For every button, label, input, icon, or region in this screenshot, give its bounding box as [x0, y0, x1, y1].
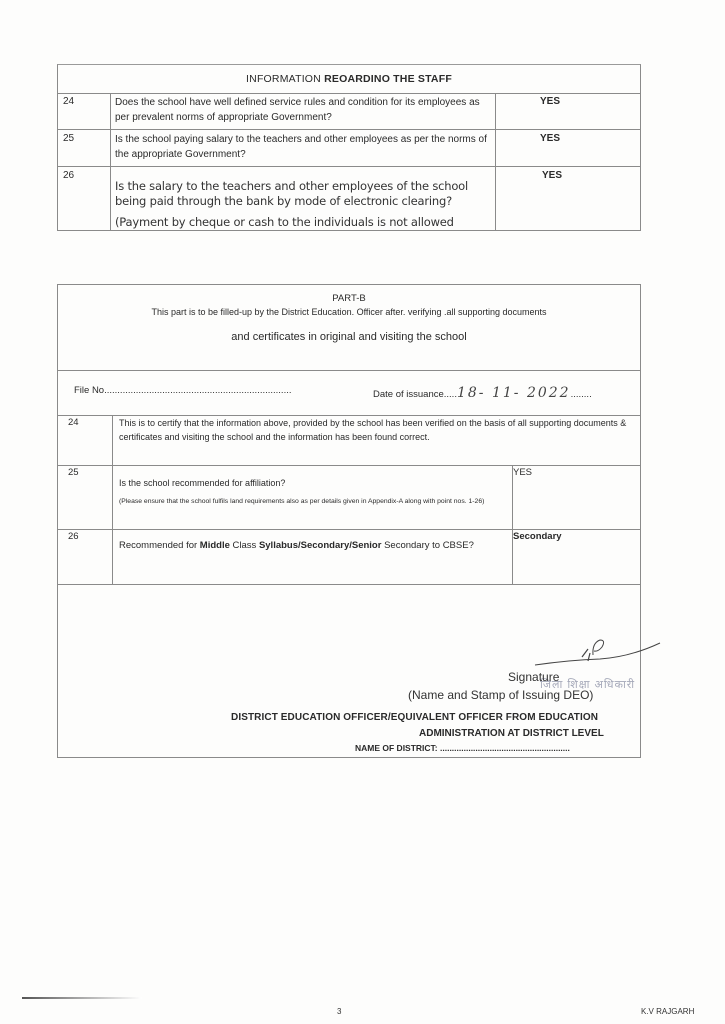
row-number: 25	[68, 467, 79, 478]
row-number: 25	[63, 133, 74, 144]
row-number: 24	[68, 417, 79, 428]
document-page: INFORMATION REOARDINO THE STAFF 24 Does …	[0, 0, 725, 1024]
officer-title-line1: DISTRICT EDUCATION OFFICER/EQUIVALENT OF…	[231, 712, 598, 723]
row-answer: YES	[540, 96, 560, 107]
row-question: Is the school paying salary to the teach…	[110, 130, 496, 166]
row-answer: Secondary	[513, 531, 562, 542]
row-question: This is to certify that the information …	[112, 415, 640, 465]
table-row: 24 Does the school have well defined ser…	[58, 93, 640, 130]
staff-table-heading: INFORMATION REOARDINO THE STAFF	[58, 65, 640, 94]
footer-school-name: K.V RAJGARH	[641, 1007, 694, 1016]
row-number: 24	[63, 96, 74, 107]
file-no-field: File No.................................…	[74, 385, 292, 396]
part-b-instruction-2: and certificates in original and visitin…	[58, 331, 640, 343]
part-b-instruction: This part is to be filled-up by the Dist…	[58, 307, 640, 317]
table-row: 25 Is the school paying salary to the te…	[58, 130, 640, 167]
signature-scribble-icon	[530, 635, 670, 675]
part-b-title: PART-B	[58, 293, 640, 304]
signature-label: Signature	[508, 670, 559, 684]
row-answer: YES	[540, 133, 560, 144]
row-note: (Payment by cheque or cash to the indivi…	[115, 215, 491, 230]
staff-info-table: INFORMATION REOARDINO THE STAFF 24 Does …	[57, 64, 641, 231]
officer-title-line2: ADMINISTRATION AT DISTRICT LEVEL	[419, 728, 604, 739]
row-question: Recommended for Middle Class Syllabus/Se…	[112, 529, 513, 584]
divider	[58, 584, 640, 585]
date-value: 18- 11- 2022	[457, 385, 571, 401]
district-name-field: NAME OF DISTRICT: ......................…	[355, 743, 570, 753]
footer-divider	[22, 997, 142, 999]
table-row: 25 Is the school recommended for affilia…	[58, 465, 640, 529]
row-question: Does the school have well defined servic…	[110, 93, 496, 129]
row-number: 26	[63, 170, 74, 181]
table-row: 26 Is the salary to the teachers and oth…	[58, 167, 640, 231]
row-question: Is the school recommended for affiliatio…	[112, 465, 513, 529]
row-note: (Please ensure that the school fulfils l…	[119, 497, 506, 507]
row-number: 26	[68, 531, 79, 542]
name-stamp-label: (Name and Stamp of Issuing DEO)	[408, 688, 593, 702]
date-of-issuance-field: Date of issuance.....18- 11- 2022.......…	[373, 385, 592, 401]
divider	[58, 370, 640, 371]
page-number: 3	[337, 1007, 341, 1016]
table-row: 26 Recommended for Middle Class Syllabus…	[58, 529, 640, 584]
row-answer: YES	[513, 467, 532, 478]
row-question: Is the salary to the teachers and other …	[110, 167, 496, 231]
table-row: 24 This is to certify that the informati…	[58, 415, 640, 465]
row-answer: YES	[542, 170, 562, 181]
